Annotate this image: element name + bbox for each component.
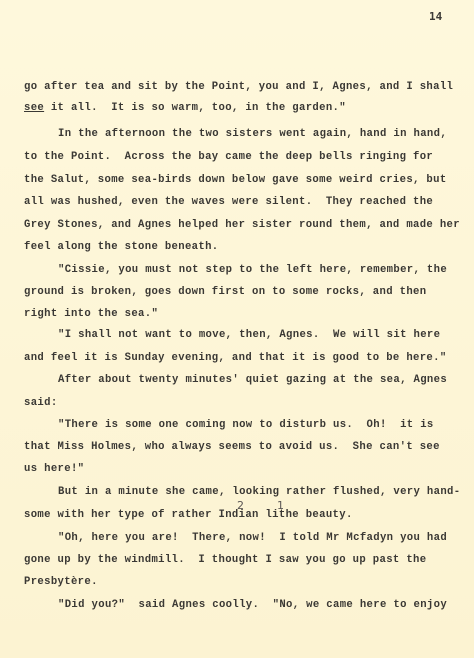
text-line: the Salut, some sea-birds down below gav…: [24, 174, 447, 186]
text-line: After about twenty minutes' quiet gazing…: [58, 374, 447, 386]
text-line: In the afternoon the two sisters went ag…: [58, 128, 447, 140]
text-line: Grey Stones, and Agnes helped her sister…: [24, 219, 460, 231]
text-line: that Miss Holmes, who always seems to av…: [24, 441, 440, 453]
text-line: right into the sea.": [24, 308, 158, 320]
text-line: "There is some one coming now to disturb…: [58, 419, 434, 431]
text-line: to the Point. Across the bay came the de…: [24, 151, 433, 163]
text-line: ground is broken, goes down first on to …: [24, 286, 426, 298]
underlined-word: see: [24, 102, 44, 114]
text-line: Presbytère.: [24, 576, 98, 588]
text-line: "I shall not want to move, then, Agnes. …: [58, 329, 440, 341]
text-line: all was hushed, even the waves were sile…: [24, 196, 433, 208]
handwritten-mark: 1: [277, 499, 284, 512]
page-number: 14: [429, 10, 442, 23]
text-line: "Oh, here you are! There, now! I told Mr…: [58, 532, 447, 544]
text-line: But in a minute she came, looking rather…: [58, 486, 460, 498]
text-line: see it all. It is so warm, too, in the g…: [24, 102, 346, 114]
text-line: "Did you?" said Agnes coolly. "No, we ca…: [58, 599, 447, 611]
handwritten-mark: 2: [237, 499, 244, 512]
text-line: said:: [24, 397, 58, 409]
text-line: and feel it is Sunday evening, and that …: [24, 352, 447, 364]
text-line: us here!": [24, 463, 84, 475]
text-line: some with her type of rather Indian lith…: [24, 509, 353, 521]
text-line: go after tea and sit by the Point, you a…: [24, 81, 453, 93]
text-line: feel along the stone beneath.: [24, 241, 219, 253]
typewritten-page: 14 go after tea and sit by the Point, yo…: [0, 0, 474, 658]
text-line: gone up by the windmill. I thought I saw…: [24, 554, 426, 566]
text-line: "Cissie, you must not step to the left h…: [58, 264, 447, 276]
